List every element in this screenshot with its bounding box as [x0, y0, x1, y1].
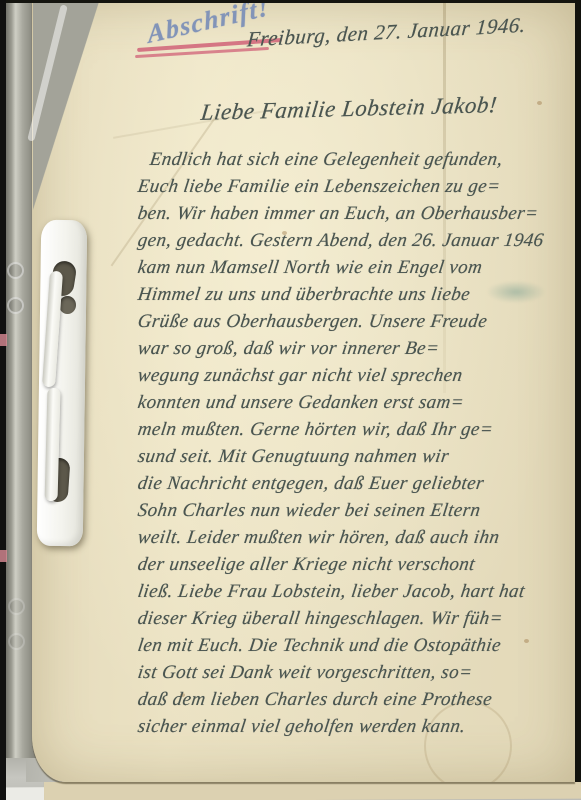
letter-line: wegung zunächst gar nicht viel sprechen [136, 362, 545, 389]
letter-line: Sohn Charles nun wieder bei seinen Elter… [136, 497, 545, 524]
scan-edge-right [575, 0, 581, 782]
punch-hole [8, 598, 25, 615]
punch-hole [8, 633, 25, 650]
letter-line: die Nachricht entgegen, daß Euer geliebt… [136, 470, 545, 497]
letter-line: Euch liebe Familie ein Lebenszeichen zu … [136, 173, 545, 200]
letter-line: sicher einmal viel geholfen werden kann. [136, 713, 545, 740]
letter-line: konnten und unsere Gedanken erst sam= [136, 389, 545, 416]
letter-line: der unseelige aller Kriege nicht verscho… [136, 551, 545, 578]
letter-line: len mit Euch. Die Technik und die Ostopä… [136, 632, 545, 659]
letter-line: war so groß, daß wir vor innerer Be= [136, 335, 545, 362]
pencil-mark [0, 550, 7, 562]
letter-line: Himmel zu uns und überbrachte uns liebe [136, 281, 545, 308]
letter-line: dieser Krieg überall hingeschlagen. Wir … [136, 605, 545, 632]
letter-line: Endlich hat sich eine Gelegenheit gefund… [136, 146, 545, 173]
letter-line: ließ. Liebe Frau Lobstein, lieber Jacob,… [136, 578, 545, 605]
letter-line: meln mußten. Gerne hörten wir, daß Ihr g… [136, 416, 545, 443]
letter-line: daß dem lieben Charles durch eine Prothe… [136, 686, 545, 713]
letter-body: Endlich hat sich eine Gelegenheit gefund… [136, 146, 542, 740]
letter-line: weilt. Leider mußten wir hören, daß auch… [136, 524, 545, 551]
punch-hole [7, 297, 24, 314]
fastener-hole [59, 296, 76, 314]
letter-line: ist Gott sei Dank weit vorgeschritten, s… [136, 659, 545, 686]
scan-edge-left [0, 0, 6, 800]
foxing-spot [537, 101, 542, 105]
letter-line: kam nun Mamsell North wie ein Engel vom [136, 254, 545, 281]
pencil-mark [0, 334, 7, 346]
plastic-sleeve-wedge [33, 3, 99, 211]
letter-line: sund seit. Mit Genugtuung nahmen wir [136, 443, 545, 470]
letter-line: ben. Wir haben immer an Euch, an Oberhau… [136, 200, 545, 227]
scanned-letter-photo: Abschrift! Freiburg, den 27. Januar 1946… [0, 0, 581, 800]
letter-line: gen, gedacht. Gestern Abend, den 26. Jan… [136, 227, 545, 254]
letter-line: Grüße aus Oberhausbergen. Unsere Freude [136, 308, 545, 335]
punch-hole [7, 262, 24, 279]
scan-edge-top [0, 0, 581, 3]
